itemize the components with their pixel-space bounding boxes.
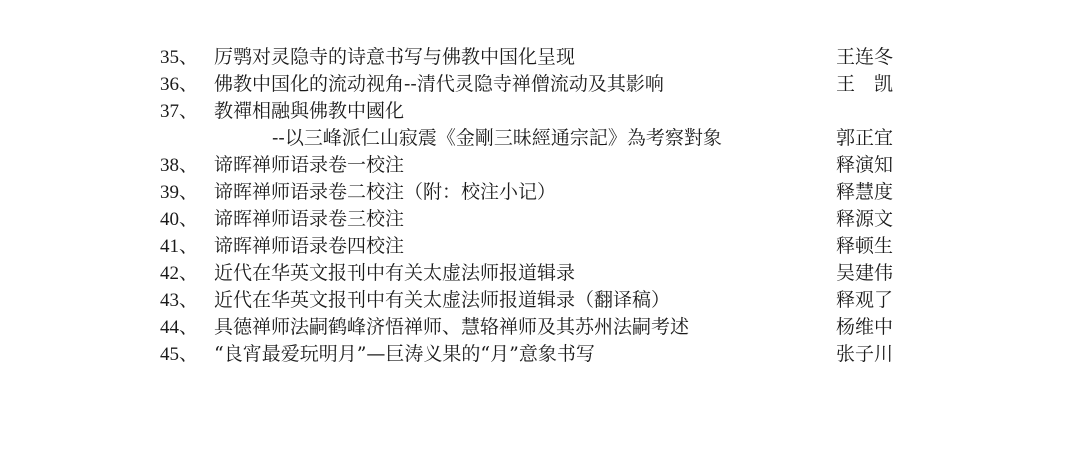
entry-subtitle: --以三峰派仁山寂震《金剛三昧經通宗記》為考察對象 [272, 125, 722, 152]
entry-author: 杨维中 [836, 314, 893, 341]
entry-number: 37、 [160, 98, 214, 125]
entry-number: 40、 [160, 206, 214, 233]
toc-entry-41: 41、 谛晖禅师语录卷四校注 释顿生 [160, 233, 920, 260]
entry-title: 谛晖禅师语录卷二校注（附：校注小记） [214, 179, 556, 206]
toc-entry-40: 40、 谛晖禅师语录卷三校注 释源文 [160, 206, 920, 233]
entry-number: 39、 [160, 179, 214, 206]
entry-title: 具德禅师法嗣鹤峰济悟禅师、慧辂禅师及其苏州法嗣考述 [214, 314, 689, 341]
entry-author: 释顿生 [836, 233, 893, 260]
entry-author: 释观了 [836, 287, 893, 314]
entry-title: “良宵最爱玩明月”—巨涛义果的“月”意象书写 [214, 341, 595, 368]
table-of-contents: 35、 厉鹗对灵隐寺的诗意书写与佛教中国化呈现 王连冬 36、 佛教中国化的流动… [160, 44, 920, 368]
entry-number: 41、 [160, 233, 214, 260]
toc-entry-35: 35、 厉鹗对灵隐寺的诗意书写与佛教中国化呈现 王连冬 [160, 44, 920, 71]
toc-entry-39: 39、 谛晖禅师语录卷二校注（附：校注小记） 释慧度 [160, 179, 920, 206]
entry-title: 近代在华英文报刊中有关太虚法师报道辑录 [214, 260, 575, 287]
toc-entry-38: 38、 谛晖禅师语录卷一校注 释演知 [160, 152, 920, 179]
toc-entry-36: 36、 佛教中国化的流动视角--清代灵隐寺禅僧流动及其影响 王 凯 [160, 71, 920, 98]
entry-title: 近代在华英文报刊中有关太虚法师报道辑录（翻译稿） [214, 287, 670, 314]
entry-title: 谛晖禅师语录卷四校注 [214, 233, 404, 260]
entry-number: 35、 [160, 44, 214, 71]
entry-number: 42、 [160, 260, 214, 287]
toc-entry-37-subtitle-row: --以三峰派仁山寂震《金剛三昧經通宗記》為考察對象 郭正宜 [160, 125, 920, 152]
entry-author: 释演知 [836, 152, 893, 179]
entry-author: 吴建伟 [836, 260, 893, 287]
entry-author: 释源文 [836, 206, 893, 233]
toc-entry-43: 43、 近代在华英文报刊中有关太虚法师报道辑录（翻译稿） 释观了 [160, 287, 920, 314]
toc-entry-42: 42、 近代在华英文报刊中有关太虚法师报道辑录 吴建伟 [160, 260, 920, 287]
entry-number: 38、 [160, 152, 214, 179]
toc-entry-45: 45、 “良宵最爱玩明月”—巨涛义果的“月”意象书写 张子川 [160, 341, 920, 368]
entry-author: 王连冬 [836, 44, 893, 71]
toc-entry-44: 44、 具德禅师法嗣鹤峰济悟禅师、慧辂禅师及其苏州法嗣考述 杨维中 [160, 314, 920, 341]
toc-entry-37: 37、 教禪相融與佛教中國化 [160, 98, 920, 125]
entry-title: 谛晖禅师语录卷三校注 [214, 206, 404, 233]
entry-number: 44、 [160, 314, 214, 341]
entry-author: 张子川 [836, 341, 893, 368]
entry-title: 教禪相融與佛教中國化 [214, 98, 404, 125]
entry-author: 释慧度 [836, 179, 893, 206]
entry-title: 谛晖禅师语录卷一校注 [214, 152, 404, 179]
entry-author: 王 凯 [836, 71, 893, 98]
entry-author: 郭正宜 [836, 125, 893, 152]
entry-number: 45、 [160, 341, 214, 368]
entry-number: 43、 [160, 287, 214, 314]
entry-title: 佛教中国化的流动视角--清代灵隐寺禅僧流动及其影响 [214, 71, 664, 98]
entry-title: 厉鹗对灵隐寺的诗意书写与佛教中国化呈现 [214, 44, 575, 71]
entry-number: 36、 [160, 71, 214, 98]
